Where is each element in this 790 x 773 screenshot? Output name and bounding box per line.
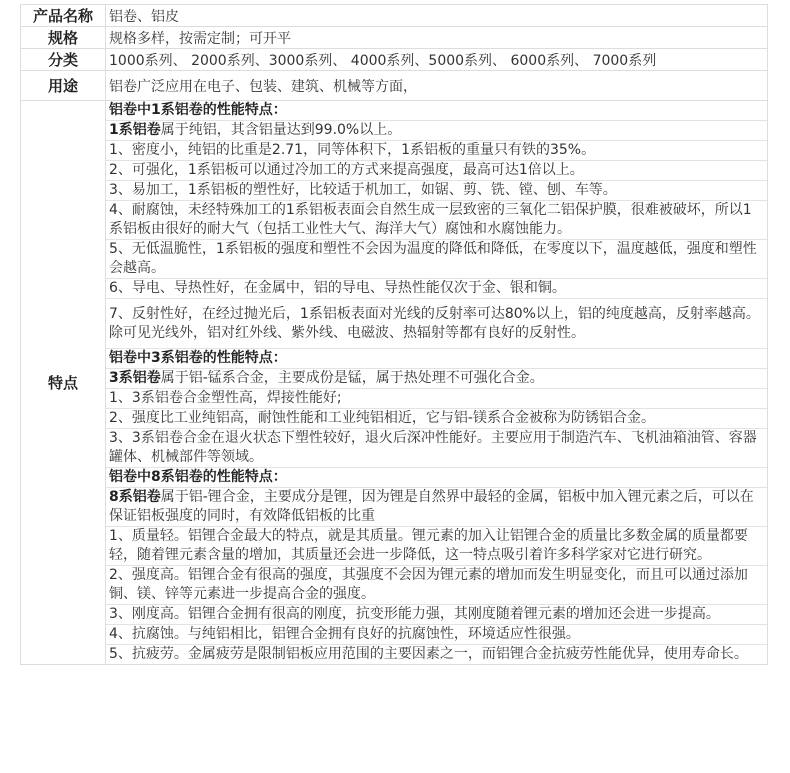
series8-intro: 8系铝卷属于铝-锂合金，主要成分是锂，因为锂是自然界中最轻的金属，铝板中加入锂元… [106,488,767,527]
series1-item-5: 5、无低温脆性，1系铝板的强度和塑性不会因为温度的降低和降低，在零度以下，温度越… [106,240,767,279]
row-value: 铝卷、铝皮 [106,5,768,27]
series3-intro-text: 属于铝-锰系合金，主要成份是锰，属于热处理不可强化合金。 [161,370,544,386]
series1-intro: 1系铝卷属于纯铝，其含铝量达到99.0%以上。 [106,121,767,141]
row-value: 铝卷广泛应用在电子、包装、建筑、机械等方面， [106,71,768,101]
series1-item-2: 2、可强化，1系铝板可以通过冷加工的方式来提高强度，最高可达1倍以上。 [106,161,767,181]
series3-item-1: 1、3系铝卷合金塑性高，焊接性能好; [106,389,767,409]
series8-intro-bold: 8系铝卷 [109,489,161,505]
table-row-spec: 规格 规格多样，按需定制；可开平 [21,27,768,49]
series8-item-5: 5、抗疲劳。金属疲劳是限制铝板应用范围的主要因素之一，而铝锂合金抗疲劳性能优异，… [106,645,767,664]
row-value: 规格多样，按需定制；可开平 [106,27,768,49]
series8-item-1: 1、质量轻。铝锂合金最大的特点，就是其质量。锂元素的加入让铝锂合金的质量比多数金… [106,527,767,566]
series1-item-3: 3、易加工，1系铝板的塑性好，比较适于机加工，如锯、剪、铣、镗、刨、车等。 [106,181,767,201]
table-row-features: 特点 铝卷中1系铝卷的性能特点： 1系铝卷属于纯铝，其含铝量达到99.0%以上。… [21,101,768,665]
series8-heading: 铝卷中8系铝卷的性能特点： [106,468,767,488]
series3-item-3: 3、3系铝卷合金在退火状态下塑性较好，退火后深冲性能好。主要应用于制造汽车、飞机… [106,429,767,468]
series3-heading: 铝卷中3系铝卷的性能特点： [106,349,767,369]
series1-heading: 铝卷中1系铝卷的性能特点： [106,101,767,121]
product-spec-table: 产品名称 铝卷、铝皮 规格 规格多样，按需定制；可开平 分类 1000系列、 2… [20,4,768,665]
series1-item-1: 1、密度小，纯铝的比重是2.71，同等体积下，1系铝板的重量只有铁的35%。 [106,141,767,161]
series8-intro-text: 属于铝-锂合金，主要成分是锂，因为锂是自然界中最轻的金属，铝板中加入锂元素之后，… [109,489,754,524]
table-row-product-name: 产品名称 铝卷、铝皮 [21,5,768,27]
row-value: 1000系列、 2000系列、3000系列、 4000系列、5000系列、 60… [106,49,768,71]
series1-item-4: 4、耐腐蚀，未经特殊加工的1系铝板表面会自然生成一层致密的三氧化二铝保护膜，很难… [106,201,767,240]
series3-intro: 3系铝卷属于铝-锰系合金，主要成份是锰，属于热处理不可强化合金。 [106,369,767,389]
row-label: 用途 [21,71,106,101]
series8-item-4: 4、抗腐蚀。与纯铝相比，铝锂合金拥有良好的抗腐蚀性，环境适应性很强。 [106,625,767,645]
features-label: 特点 [21,101,106,665]
series1-intro-text: 属于纯铝，其含铝量达到99.0%以上。 [161,122,401,138]
series8-item-3: 3、刚度高。铝锂合金拥有很高的刚度，抗变形能力强，其刚度随着锂元素的增加还会进一… [106,605,767,625]
row-label: 产品名称 [21,5,106,27]
series3-item-2: 2、强度比工业纯铝高，耐蚀性能和工业纯铝相近，它与铝-镁系合金被称为防锈铝合金。 [106,409,767,429]
row-label: 规格 [21,27,106,49]
table-row-category: 分类 1000系列、 2000系列、3000系列、 4000系列、5000系列、… [21,49,768,71]
series3-intro-bold: 3系铝卷 [109,370,161,386]
series1-item-7: 7、反射性好，在经过抛光后，1系铝板表面对光线的反射率可达80%以上，铝的纯度越… [106,299,767,349]
table-row-usage: 用途 铝卷广泛应用在电子、包装、建筑、机械等方面， [21,71,768,101]
series1-intro-bold: 1系铝卷 [109,122,161,138]
row-label: 分类 [21,49,106,71]
series1-item-6: 6、导电、导热性好，在金属中，铝的导电、导热性能仅次于金、银和铜。 [106,279,767,299]
features-content: 铝卷中1系铝卷的性能特点： 1系铝卷属于纯铝，其含铝量达到99.0%以上。 1、… [106,101,768,665]
series8-item-2: 2、强度高。铝锂合金有很高的强度，其强度不会因为锂元素的增加而发生明显变化，而且… [106,566,767,605]
